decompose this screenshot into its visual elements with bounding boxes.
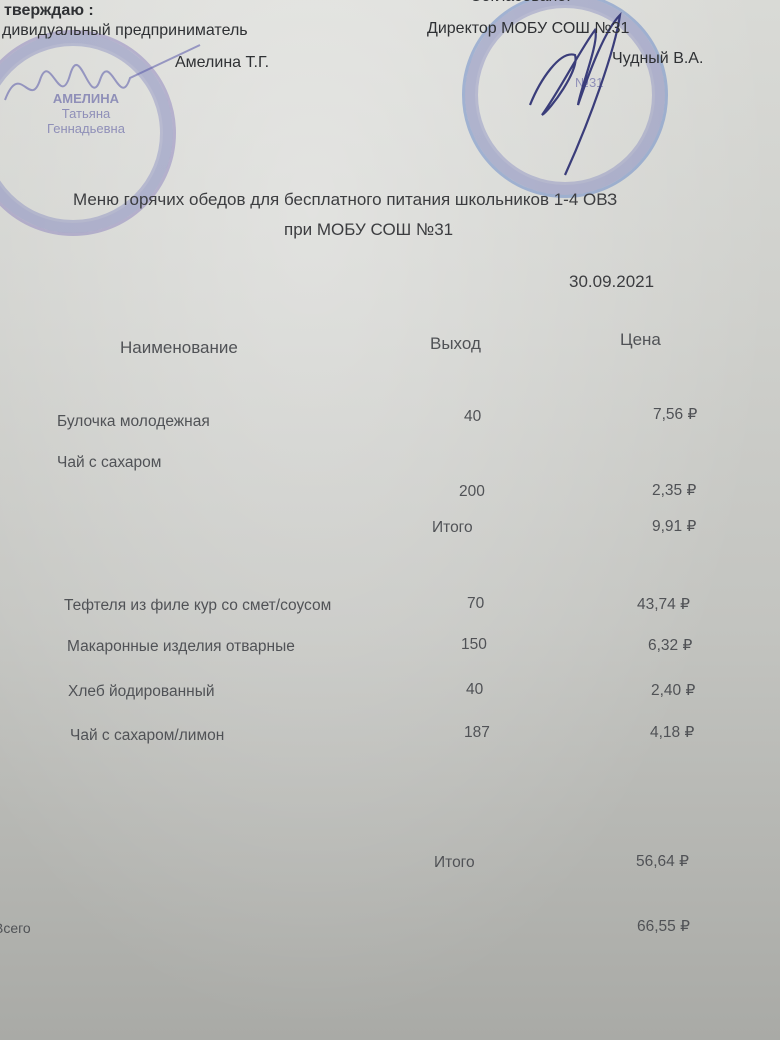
header-price: Цена: [620, 330, 661, 350]
agreement-label: Согласовано:: [470, 0, 571, 6]
item-yield: 187: [464, 724, 490, 742]
document-title-line1: Меню горячих обедов для бесплатного пита…: [73, 190, 617, 210]
item-name: Булочка молодежная: [57, 413, 210, 431]
item-yield: 200: [459, 483, 485, 501]
item-price: 2,40 ₽: [651, 681, 695, 700]
item-price: 6,32 ₽: [648, 636, 692, 655]
item-yield: 40: [464, 408, 481, 426]
item-name: Хлеб йодированный: [68, 683, 215, 701]
approval-name: Амелина Т.Г.: [175, 54, 269, 72]
agreement-name: Чудный В.А.: [612, 50, 703, 68]
item-price: 43,74 ₽: [637, 595, 690, 614]
item-name: Макаронные изделия отварные: [67, 638, 295, 656]
item-name: Чай с сахаром/лимон: [70, 727, 224, 745]
grand-total-price: 66,55 ₽: [637, 917, 690, 936]
approval-position: дивидуальный предприниматель: [2, 22, 248, 40]
lunch-total-price: 56,64 ₽: [636, 852, 689, 871]
item-price: 4,18 ₽: [650, 723, 694, 742]
document-page: АМЕЛИНА Татьяна Геннадьевна №31 тверждаю…: [0, 0, 780, 1040]
header-name: Наименование: [120, 338, 238, 358]
item-name: Чай с сахаром: [57, 454, 161, 472]
item-yield: 70: [467, 595, 484, 613]
item-price: 7,56 ₽: [653, 405, 697, 424]
agreement-position: Директор МОБУ СОШ №31: [427, 20, 629, 38]
lunch-total-label: Итого: [434, 854, 475, 872]
grand-total-label: Всего: [0, 920, 31, 936]
item-yield: 150: [461, 636, 487, 654]
document-date: 30.09.2021: [569, 272, 654, 292]
item-price: 2,35 ₽: [652, 481, 696, 500]
approval-label: тверждаю :: [4, 2, 94, 20]
item-name: Тефтеля из филе кур со смет/соусом: [64, 597, 331, 615]
document-title-line2: при МОБУ СОШ №31: [284, 220, 453, 240]
item-yield: 40: [466, 681, 483, 699]
header-yield: Выход: [430, 334, 481, 354]
breakfast-total-price: 9,91 ₽: [652, 517, 696, 536]
breakfast-total-label: Итого: [432, 519, 473, 537]
